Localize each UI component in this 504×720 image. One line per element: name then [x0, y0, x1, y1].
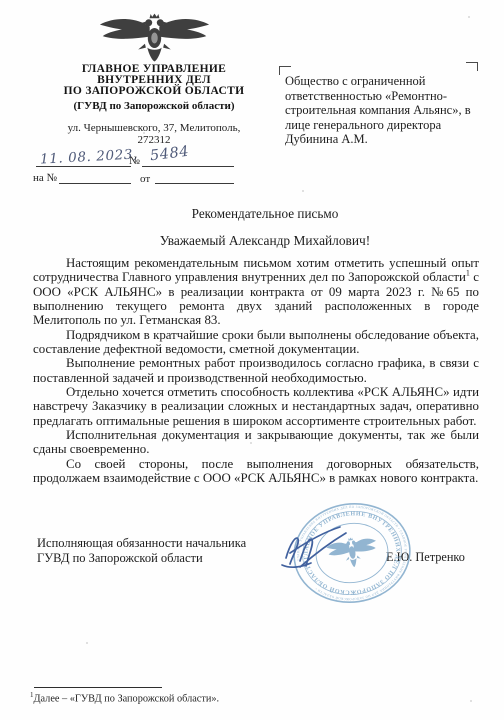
- recipient-line: лице генерального директора: [285, 118, 485, 133]
- signer-position-line: ГУВД по Запорожской области: [37, 551, 246, 566]
- reply-to-label: на №: [33, 172, 57, 184]
- handwritten-signature: [276, 522, 360, 584]
- handwritten-outgoing-number: 5484: [149, 144, 190, 165]
- paragraph: Выполнение ремонтных работ производилось…: [33, 356, 479, 385]
- scan-speck: [468, 16, 470, 18]
- recipient-line: строительная компания Альянс», в: [285, 103, 485, 118]
- scan-speck: [143, 132, 145, 134]
- recipient-block: Общество с ограниченной ответственностью…: [285, 74, 485, 147]
- footnote: 1Далее – «ГУВД по Запорожской области».: [30, 691, 219, 704]
- letter-body: Настоящим рекомендательным письмом хотим…: [33, 256, 479, 486]
- org-short-name: (ГУВД по Запорожской области): [28, 101, 280, 112]
- signer-position: Исполняющая обязанности начальника ГУВД …: [37, 536, 246, 566]
- reply-from-label: от: [140, 173, 150, 185]
- recipient-line: Дубинина А.М.: [285, 132, 485, 147]
- paragraph: Подрядчиком в кратчайшие сроки были выпо…: [33, 328, 479, 357]
- signer-position-line: Исполняющая обязанности начальника: [37, 536, 246, 551]
- salutation: Уважаемый Александр Михайлович!: [70, 233, 460, 249]
- paragraph: Со своей стороны, после выполнения догов…: [33, 457, 479, 486]
- org-postal-code: 272312: [28, 135, 280, 146]
- recipient-line: Общество с ограниченной: [285, 74, 485, 89]
- paragraph: Исполнительная документация и закрывающи…: [33, 428, 479, 457]
- address-corner-mark-right: [466, 62, 478, 71]
- number-underline: [142, 165, 234, 167]
- date-underline: [36, 165, 131, 167]
- scan-speck: [302, 190, 304, 192]
- footnote-separator: [34, 686, 162, 688]
- reply-date-underline: [155, 182, 234, 184]
- scanned-letter-page: ГЛАВНОЕ УПРАВЛЕНИЕ ВНУТРЕННИХ ДЕЛ ПО ЗАП…: [0, 0, 504, 720]
- reply-number-underline: [59, 182, 131, 184]
- org-address-line: ул. Чернышевского, 37, Мелитополь,: [28, 123, 280, 134]
- paragraph: Настоящим рекомендательным письмом хотим…: [33, 256, 479, 328]
- paragraph-text: Настоящим рекомендательным письмом хотим…: [33, 256, 479, 284]
- document-title: Рекомендательное письмо: [70, 206, 460, 222]
- recipient-line: ответственностью «Ремонтно-: [285, 89, 485, 104]
- letterhead: ГЛАВНОЕ УПРАВЛЕНИЕ ВНУТРЕННИХ ДЕЛ ПО ЗАП…: [28, 64, 280, 145]
- scan-speck: [250, 442, 252, 444]
- scan-speck: [470, 700, 472, 702]
- org-name-line: ПО ЗАПОРОЖСКОЙ ОБЛАСТИ: [28, 86, 280, 97]
- footnote-text: Далее – «ГУВД по Запорожской области».: [34, 693, 220, 704]
- double-headed-eagle-emblem-icon: [97, 12, 212, 64]
- scan-speck: [86, 642, 88, 644]
- paragraph: Отдельно хочется отметить способность ко…: [33, 385, 479, 428]
